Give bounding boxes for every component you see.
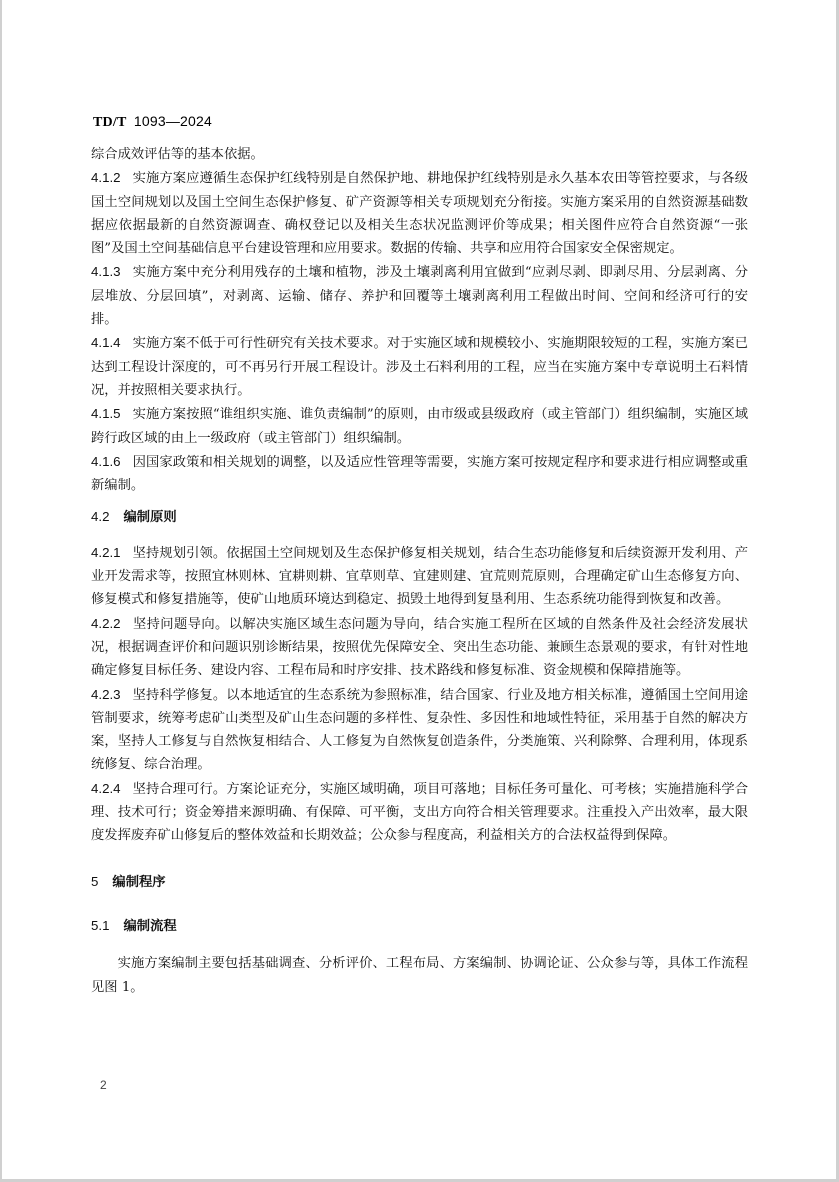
heading-number: 5: [91, 874, 98, 889]
heading-title: 编制流程: [124, 919, 177, 934]
document-page: TD/T 1093—2024 综合成效评估等的基本依据。 4.1.2实施方案应遵…: [2, 0, 836, 1179]
standard-prefix: TD/T: [93, 115, 126, 130]
clause-number: 4.2.4: [91, 781, 121, 796]
page-number: 2: [100, 1078, 107, 1092]
clause-number: 4.1.2: [91, 170, 121, 185]
section-heading-4-2: 4.2编制原则: [91, 505, 748, 529]
clause-4-1-4: 4.1.4实施方案不低于可行性研究有关技术要求。对于实施区域和规模较小、实施期限…: [91, 331, 748, 402]
clause-number: 4.2.1: [91, 545, 121, 560]
clause-4-2-3: 4.2.3坚持科学修复。以本地适宜的生态系统为参照标准，结合国家、行业及地方相关…: [91, 683, 748, 777]
clause-text: 因国家政策和相关规划的调整，以及适应性管理等需要，实施方案可按规定程序和要求进行…: [91, 455, 748, 493]
clause-number: 4.1.3: [91, 264, 121, 279]
clause-number: 4.1.4: [91, 335, 121, 350]
clause-text: 实施方案应遵循生态保护红线特别是自然保护地、耕地保护红线特别是永久基本农田等管控…: [91, 171, 748, 256]
heading-title: 编制程序: [112, 875, 165, 890]
clause-text: 实施方案按照“谁组织实施、谁负责编制”的原则，由市级或县级政府（或主管部门）组织…: [91, 407, 748, 445]
continuation-paragraph: 综合成效评估等的基本依据。: [91, 143, 748, 166]
clause-text: 坚持合理可行。方案论证充分，实施区域明确，项目可落地；目标任务可量化、可考核；实…: [91, 782, 748, 844]
heading-number: 5.1: [91, 918, 110, 933]
clause-4-2-2: 4.2.2坚持问题导向。以解决实施区域生态问题为导向，结合实施工程所在区域的自然…: [91, 612, 748, 683]
clause-number: 4.2.2: [91, 616, 121, 631]
clause-4-2-4: 4.2.4坚持合理可行。方案论证充分，实施区域明确，项目可落地；目标任务可量化、…: [91, 777, 748, 848]
standard-identifier: TD/T 1093—2024: [93, 113, 212, 131]
clause-number: 4.2.3: [91, 687, 121, 702]
clause-text: 实施方案中充分利用残存的土壤和植物，涉及土壤剥离利用宜做到“应剥尽剥、即剥尽用、…: [91, 265, 748, 327]
clause-4-1-5: 4.1.5实施方案按照“谁组织实施、谁负责编制”的原则，由市级或县级政府（或主管…: [91, 402, 748, 450]
clause-text: 实施方案不低于可行性研究有关技术要求。对于实施区域和规模较小、实施期限较短的工程…: [91, 336, 748, 398]
clause-number: 4.1.6: [91, 454, 121, 469]
chapter-heading-5: 5编制程序: [91, 870, 748, 894]
clause-4-1-2: 4.1.2实施方案应遵循生态保护红线特别是自然保护地、耕地保护红线特别是永久基本…: [91, 166, 748, 260]
clause-number: 4.1.5: [91, 406, 121, 421]
standard-number: 1093—2024: [134, 113, 212, 129]
clause-4-2-1: 4.2.1坚持规划引领。依据国土空间规划及生态保护修复相关规划，结合生态功能修复…: [91, 541, 748, 612]
clause-text: 坚持规划引领。依据国土空间规划及生态保护修复相关规划，结合生态功能修复和后续资源…: [91, 546, 748, 608]
heading-title: 编制原则: [124, 510, 177, 525]
paragraph-5-1: 实施方案编制主要包括基础调查、分析评价、工程布局、方案编制、协调论证、公众参与等…: [91, 952, 748, 999]
heading-number: 4.2: [91, 509, 110, 524]
clause-text: 坚持科学修复。以本地适宜的生态系统为参照标准，结合国家、行业及地方相关标准，遵循…: [91, 688, 748, 773]
clause-4-1-3: 4.1.3实施方案中充分利用残存的土壤和植物，涉及土壤剥离利用宜做到“应剥尽剥、…: [91, 260, 748, 331]
clause-4-1-6: 4.1.6因国家政策和相关规划的调整，以及适应性管理等需要，实施方案可按规定程序…: [91, 450, 748, 498]
document-body: 综合成效评估等的基本依据。 4.1.2实施方案应遵循生态保护红线特别是自然保护地…: [91, 143, 748, 999]
clause-text: 坚持问题导向。以解决实施区域生态问题为导向，结合实施工程所在区域的自然条件及社会…: [91, 617, 748, 679]
section-heading-5-1: 5.1编制流程: [91, 914, 748, 938]
